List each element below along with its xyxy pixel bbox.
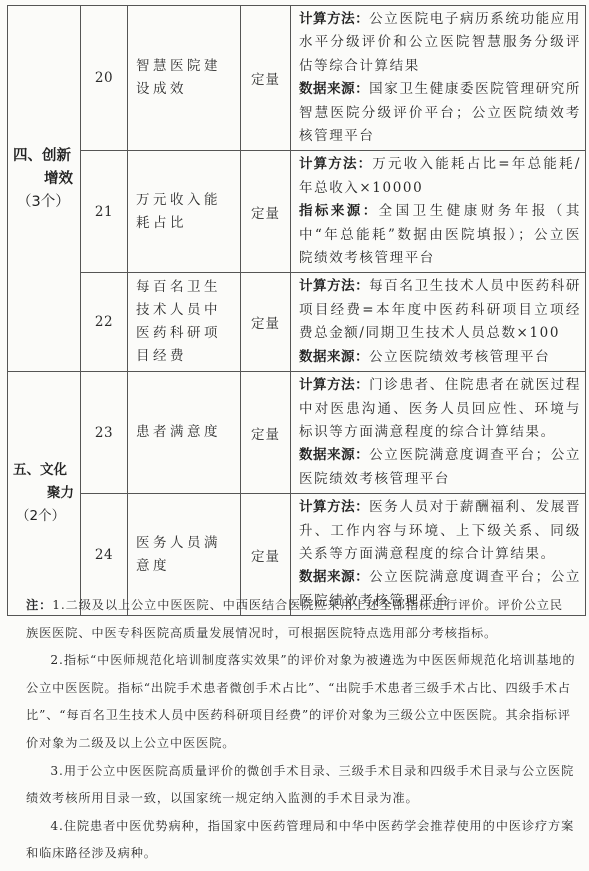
category-title-cont: 聚力 bbox=[8, 482, 80, 505]
indicator-description: 计算方法：公立医院电子病历系统功能应用水平分级评价和公立医院智慧服务分级评估等综… bbox=[291, 6, 586, 151]
category-title-cont: 增效 bbox=[9, 168, 79, 191]
table-row-21: 21 万元收入能耗占比 定量 计算方法：万元收入能耗占比=年总能耗/年总收入×1… bbox=[8, 151, 586, 273]
indicator-number: 21 bbox=[81, 151, 128, 273]
indicator-description: 计算方法：每百名卫生技术人员中医药科研项目经费=本年度中医药科研项目立项经费总金… bbox=[291, 273, 586, 372]
note-text: 1.二级及以上公立中医医院、中西医结合医院应采用上述全部指标进行评价。评价公立民… bbox=[26, 598, 563, 640]
indicator-type: 定量 bbox=[241, 6, 291, 151]
notes-section: 注：1.二级及以上公立中医医院、中西医结合医院应采用上述全部指标进行评价。评价公… bbox=[26, 592, 576, 868]
table-row-23: 五、文化 聚力 （2个） 23 患者满意度 定量 计算方法：门诊患者、住院患者在… bbox=[8, 372, 586, 494]
category-title: 五、文化 bbox=[8, 459, 80, 482]
notes-label: 注： bbox=[26, 598, 52, 612]
source-label: 数据来源： bbox=[299, 569, 369, 585]
note-item-3: 3.用于公立中医医院高质量评价的微创手术目录、三级手术目录和四级手术目录与公立医… bbox=[26, 758, 576, 813]
indicator-description: 计算方法：门诊患者、住院患者在就医过程中对医患沟通、医务人员回应性、环境与标识等… bbox=[291, 372, 586, 494]
indicator-description: 计算方法：万元收入能耗占比=年总能耗/年总收入×10000 指标来源：全国卫生健… bbox=[291, 151, 586, 273]
metrics-table: 20 智慧医院建设成效 定量 计算方法：公立医院电子病历系统功能应用水平分级评价… bbox=[7, 5, 586, 616]
table-row-22: 22 每百名卫生技术人员中医药科研项目经费 定量 计算方法：每百名卫生技术人员中… bbox=[8, 273, 586, 372]
indicator-name: 患者满意度 bbox=[128, 372, 241, 494]
source-label: 数据来源： bbox=[299, 81, 369, 97]
note-item-2: 2.指标“中医师规范化培训制度落实效果”的评价对象为被遴选为中医医师规范化培训基… bbox=[26, 647, 576, 757]
indicator-number: 20 bbox=[81, 6, 128, 151]
source-label: 数据来源： bbox=[299, 447, 369, 463]
indicator-name: 智慧医院建设成效 bbox=[128, 6, 241, 151]
category-cell-culture: 五、文化 聚力 （2个） bbox=[8, 372, 81, 616]
indicator-number: 23 bbox=[81, 372, 128, 494]
indicator-name: 每百名卫生技术人员中医药科研项目经费 bbox=[128, 273, 241, 372]
method-label: 计算方法： bbox=[299, 11, 369, 27]
method-label: 计算方法： bbox=[299, 278, 369, 294]
category-count: （2个） bbox=[8, 505, 80, 528]
method-label: 计算方法： bbox=[299, 499, 369, 515]
indicator-number: 22 bbox=[81, 273, 128, 372]
source-label: 数据来源： bbox=[299, 349, 369, 365]
source-text: 公立医院绩效考核管理平台 bbox=[369, 349, 550, 365]
indicator-type: 定量 bbox=[241, 151, 291, 273]
table-row-20: 20 智慧医院建设成效 定量 计算方法：公立医院电子病历系统功能应用水平分级评价… bbox=[8, 6, 586, 151]
indicator-name: 万元收入能耗占比 bbox=[128, 151, 241, 273]
indicator-type: 定量 bbox=[241, 273, 291, 372]
category-label-innovation: 四、创新 增效 （3个） bbox=[9, 145, 79, 214]
method-label: 计算方法： bbox=[299, 156, 372, 172]
indicator-type: 定量 bbox=[241, 372, 291, 494]
note-item-1: 注：1.二级及以上公立中医医院、中西医结合医院应采用上述全部指标进行评价。评价公… bbox=[26, 592, 576, 647]
source-label: 指标来源： bbox=[299, 203, 379, 219]
category-count: （3个） bbox=[9, 191, 79, 214]
note-item-4: 4.住院患者中医优势病种，指国家中医药管理局和中华中医药学会推荐使用的中医诊疗方… bbox=[26, 813, 576, 868]
method-label: 计算方法： bbox=[299, 377, 369, 393]
category-title: 四、创新 bbox=[9, 145, 79, 168]
